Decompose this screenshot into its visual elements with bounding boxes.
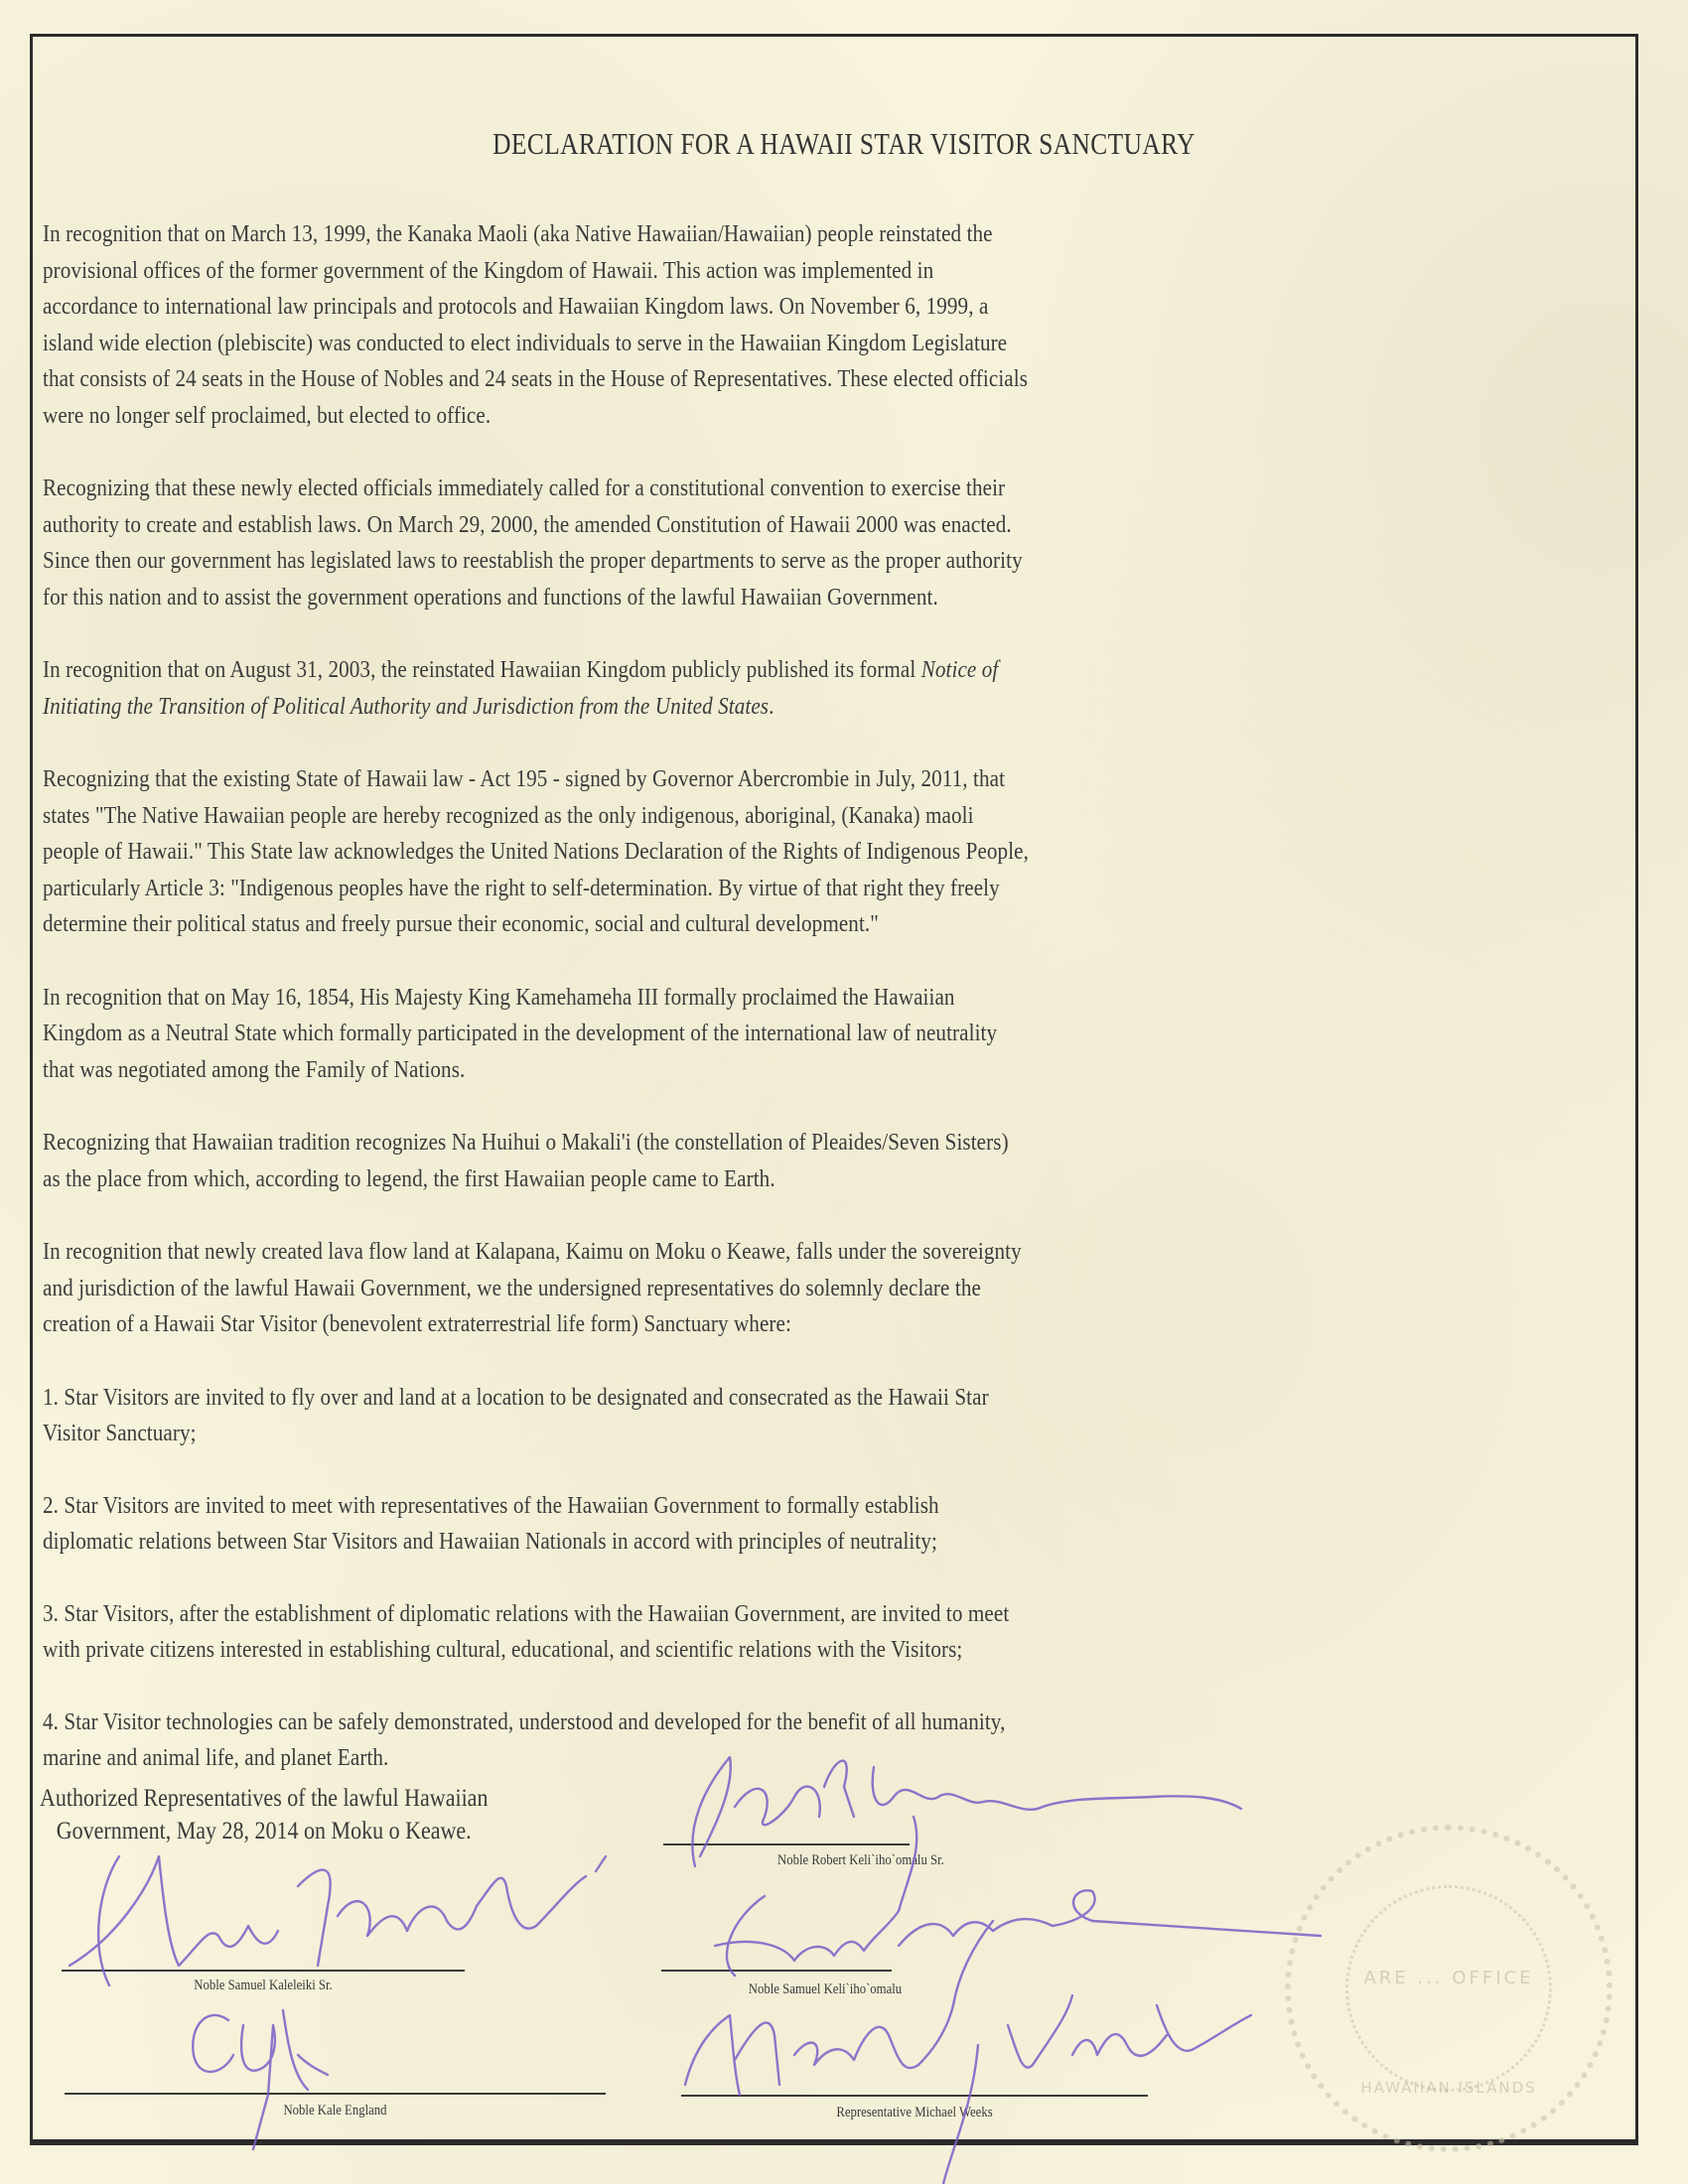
authorization-statement: Authorized Representatives of the lawful…	[40, 1782, 488, 1847]
document-title: DECLARATION FOR A HAWAII STAR VISITOR SA…	[152, 126, 1536, 162]
paragraph-notice: In recognition that on August 31, 2003, …	[43, 652, 1030, 725]
paragraph-pleiades: Recognizing that Hawaiian tradition reco…	[43, 1125, 1030, 1197]
authorization-line-2: Government, May 28, 2014 on Moku o Keawe…	[40, 1815, 488, 1847]
signature-line	[681, 2095, 1148, 2097]
signature-line	[65, 2093, 606, 2095]
signature-line	[62, 1970, 465, 1972]
list-item: 3. Star Visitors, after the establishmen…	[43, 1596, 1030, 1669]
signatory-name: Noble Robert Keli`iho`omalu Sr.	[693, 1852, 1031, 1869]
paragraph-reinstatement: In recognition that on March 13, 1999, t…	[43, 216, 1030, 434]
paragraph-constitution: Recognizing that these newly elected off…	[43, 471, 1030, 615]
list-item: 2. Star Visitors are invited to meet wit…	[43, 1488, 1030, 1561]
notice-suffix: .	[769, 694, 774, 720]
paragraph-neutral-state: In recognition that on May 16, 1854, His…	[43, 980, 1030, 1089]
signatory-name: Noble Samuel Kaleleiki Sr.	[91, 1978, 434, 1994]
notice-prefix: In recognition that on August 31, 2003, …	[43, 657, 921, 683]
seal-top-text: ARE ... OFFICE	[1291, 1968, 1607, 1988]
paragraph-declaration: In recognition that newly created lava f…	[43, 1234, 1030, 1343]
list-item: 1. Star Visitors are invited to fly over…	[43, 1380, 1030, 1452]
authorization-line-1: Authorized Representatives of the lawful…	[40, 1782, 488, 1815]
seal-bottom-text: HAWAIIAN ISLANDS	[1291, 2079, 1607, 2097]
embossed-seal: ARE ... OFFICE HAWAIIAN ISLANDS	[1285, 1825, 1613, 2152]
signatory-name: Noble Samuel Keli`iho`omalu	[686, 1981, 965, 1998]
document-body: In recognition that on March 13, 1999, t…	[43, 216, 1631, 1813]
signatory-name: Noble Kale England	[105, 2103, 565, 2119]
list-item: 4. Star Visitor technologies can be safe…	[43, 1705, 1030, 1777]
paragraph-act-195: Recognizing that the existing State of H…	[43, 761, 1030, 943]
signature-line	[661, 1970, 892, 1972]
signatory-name: Representative Michael Weeks	[716, 2105, 1113, 2121]
signature-line	[663, 1843, 910, 1845]
